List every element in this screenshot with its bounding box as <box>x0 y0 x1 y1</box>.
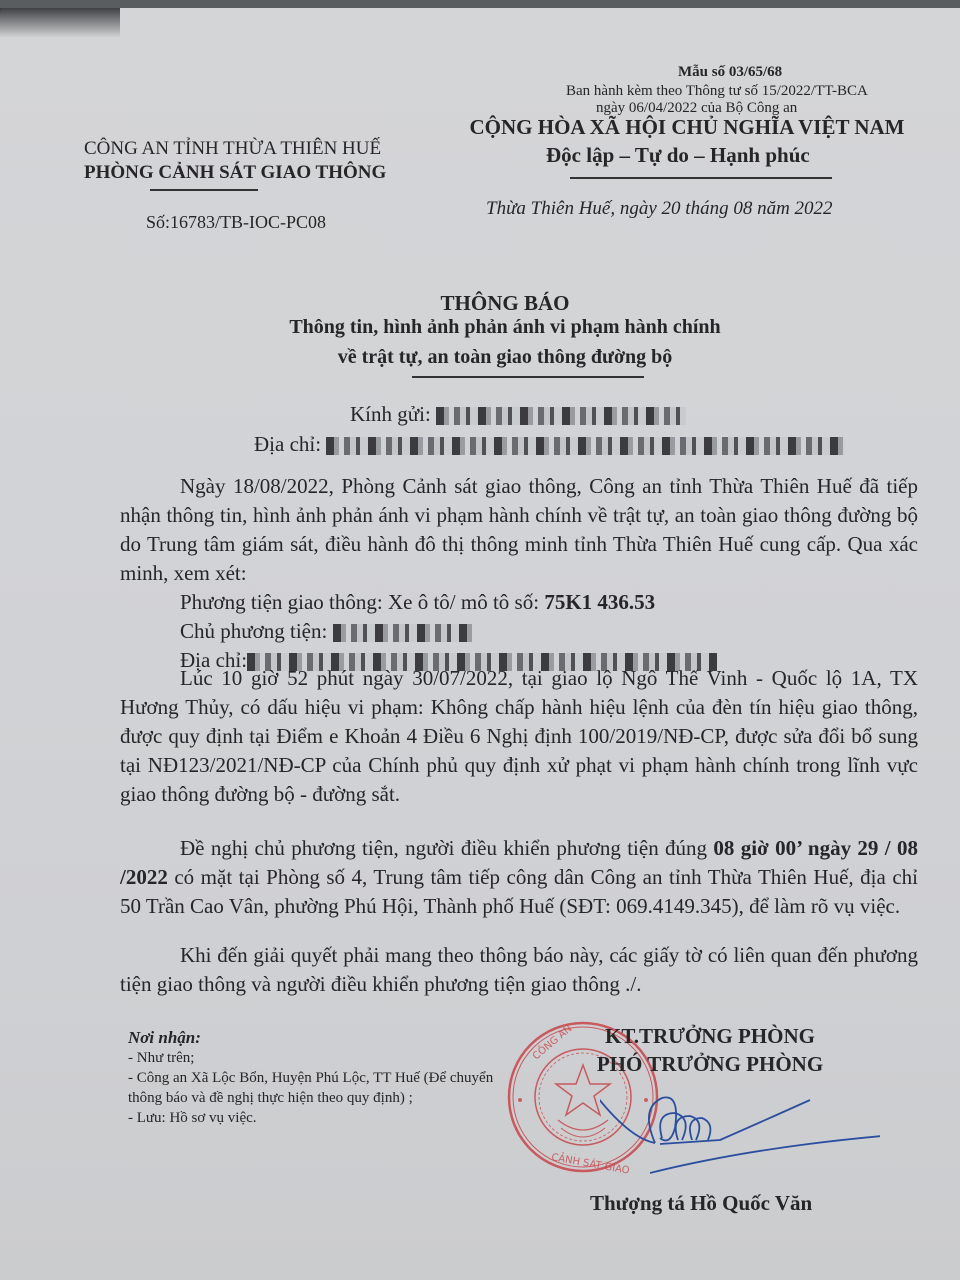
page-shadow <box>0 8 120 38</box>
license-plate: 75K1 436.53 <box>544 590 655 614</box>
subtitle-underline <box>412 376 644 378</box>
paragraph-requirements: Khi đến giải quyết phải mang theo thông … <box>120 941 918 999</box>
redacted-addressee-address <box>326 437 846 455</box>
signer-title: KT.TRƯỞNG PHÒNG PHÓ TRƯỞNG PHÒNG <box>560 1022 860 1078</box>
document-title: THÔNG BÁO <box>0 291 960 316</box>
paragraph-2: Lúc 10 giờ 52 phút ngày 30/07/2022, tại … <box>120 664 918 809</box>
vehicle-details: Phương tiện giao thông: Xe ô tô/ mô tô s… <box>120 588 918 675</box>
signer-title-line-2: PHÓ TRƯỞNG PHÒNG <box>560 1050 860 1078</box>
national-title: CỘNG HÒA XÃ HỘI CHỦ NGHĨA VIỆT NAM <box>456 115 918 140</box>
issuance-line-1: Ban hành kèm theo Thông tư số 15/2022/TT… <box>566 83 868 100</box>
paragraph-3: Đề nghị chủ phương tiện, người điều khiể… <box>120 834 918 921</box>
addressee: Kính gửi: <box>350 402 686 427</box>
recipient-item: - Công an Xã Lộc Bổn, Huyện Phú Lộc, TT … <box>128 1068 508 1108</box>
vehicle-line: Phương tiện giao thông: Xe ô tô/ mô tô s… <box>120 588 918 617</box>
redacted-addressee-name <box>436 407 686 425</box>
agency-underline <box>150 189 258 191</box>
agency-parent: CÔNG AN TỈNH THỪA THIÊN HUẾ <box>84 138 386 160</box>
motto-underline <box>570 177 832 179</box>
paragraph-received: Ngày 18/08/2022, Phòng Cảnh sát giao thô… <box>120 472 918 588</box>
paragraph-1: Ngày 18/08/2022, Phòng Cảnh sát giao thô… <box>120 472 918 588</box>
addressee-address: Địa chỉ: <box>254 432 846 457</box>
summons-location: có mặt tại Phòng số 4, Trung tâm tiếp cô… <box>120 865 918 918</box>
redacted-owner-name <box>333 624 473 642</box>
owner-label: Chủ phương tiện: <box>180 619 327 643</box>
subtitle-line-1: Thông tin, hình ảnh phản ánh vi phạm hàn… <box>0 314 960 340</box>
signer-name: Thượng tá Hồ Quốc Văn <box>590 1191 812 1216</box>
form-code: Mẫu số 03/65/68 <box>678 64 782 81</box>
recipient-item: - Lưu: Hồ sơ vụ việc. <box>128 1108 508 1128</box>
issuing-agency: CÔNG AN TỈNH THỪA THIÊN HUẾ PHÒNG CẢNH S… <box>84 138 386 184</box>
signer-title-line-1: KT.TRƯỞNG PHÒNG <box>560 1022 860 1050</box>
addressee-label: Kính gửi: <box>350 402 431 426</box>
document-subtitle: Thông tin, hình ảnh phản ánh vi phạm hàn… <box>0 314 960 370</box>
paragraph-4: Khi đến giải quyết phải mang theo thông … <box>120 941 918 999</box>
handwritten-signature-icon <box>600 1078 880 1178</box>
recipients-heading: Nơi nhận: <box>128 1028 508 1048</box>
summons-intro: Đề nghị chủ phương tiện, người điều khiể… <box>180 836 713 860</box>
place-date: Thừa Thiên Huế, ngày 20 tháng 08 năm 202… <box>486 198 833 220</box>
form-issuance: Ban hành kèm theo Thông tư số 15/2022/TT… <box>566 83 868 117</box>
national-motto: Độc lập – Tự do – Hạnh phúc <box>546 143 810 168</box>
recipients-block: Nơi nhận: - Như trên; - Công an Xã Lộc B… <box>128 1028 508 1128</box>
owner-line: Chủ phương tiện: <box>120 617 918 646</box>
vehicle-label: Phương tiện giao thông: Xe ô tô/ mô tô s… <box>180 590 544 614</box>
address-label: Địa chỉ: <box>254 432 321 456</box>
document-number: Số:16783/TB-IOC-PC08 <box>146 212 326 233</box>
document-page: Mẫu số 03/65/68 Ban hành kèm theo Thông … <box>0 8 960 1280</box>
recipient-item: - Như trên; <box>128 1048 508 1068</box>
paragraph-violation: Lúc 10 giờ 52 phút ngày 30/07/2022, tại … <box>120 664 918 809</box>
paragraph-summons: Đề nghị chủ phương tiện, người điều khiể… <box>120 834 918 921</box>
agency-unit: PHÒNG CẢNH SÁT GIAO THÔNG <box>84 162 386 184</box>
subtitle-line-2: về trật tự, an toàn giao thông đường bộ <box>0 344 960 370</box>
